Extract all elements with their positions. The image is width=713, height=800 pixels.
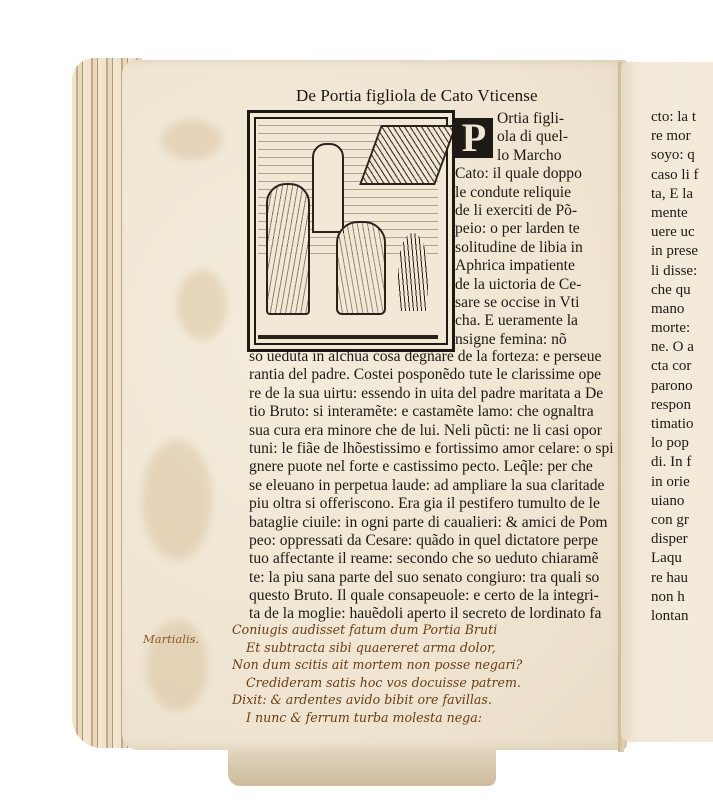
text-fragment: di. In f <box>651 451 698 470</box>
text-line: cha. E ueramente la <box>455 312 583 330</box>
seated-figure-portia <box>336 221 386 315</box>
text-line: nsigne femina: nõ <box>455 331 583 349</box>
text-fragment: uere uc <box>651 221 698 240</box>
book-bottom-edge <box>228 748 496 786</box>
text-fragment: soyo: q <box>651 144 698 163</box>
text-fragment: lo pop <box>651 432 698 451</box>
text-line: tio Bruto: si interamẽte: e castamẽte la… <box>249 403 614 421</box>
text-line: se eleuano in perpetua laude: ad ampliar… <box>249 477 614 495</box>
text-fragment: con gr <box>651 509 698 528</box>
text-fragment: mente <box>651 202 698 221</box>
text-fragment: li disse: <box>651 260 698 279</box>
full-text-column: so ueduta in alchũa cosa degñare de la f… <box>249 348 614 624</box>
text-fragment: re hau <box>651 567 698 586</box>
text-fragment: mano <box>651 298 698 317</box>
text-line: solitudine de libia in <box>455 239 583 257</box>
text-fragment: ta, E la <box>651 183 698 202</box>
brazier-fire <box>398 233 428 311</box>
manuscript-line: Coniugis audisset fatum dum Portia Bruti <box>232 621 522 639</box>
text-fragment: caso li f <box>651 164 698 183</box>
text-fragment: re mor <box>651 125 698 144</box>
manuscript-line: Et subtracta sibi quaereret arma dolor, <box>232 639 522 657</box>
text-line: peo: oppressati da Cesare: quãdo in quel… <box>249 532 614 550</box>
manuscript-line: Dixit: & ardentes avido bibit ore favill… <box>232 691 522 709</box>
text-fragment: non h <box>651 586 698 605</box>
text-fragment: Laqu <box>651 547 698 566</box>
text-line: ola di quel- <box>455 128 583 146</box>
manuscript-line: I nunc & ferrum turba molesta nega: <box>232 709 522 727</box>
text-fragment: in prese <box>651 240 698 259</box>
text-fragment: lontan <box>651 605 698 624</box>
text-line: bataglie ciuile: in ogni parte di cauali… <box>249 514 614 532</box>
text-fragment: morte: <box>651 317 698 336</box>
text-line: tuni: le fiãe de lhõestissimo e fortissi… <box>249 440 614 458</box>
text-line: sare se occise in Vti <box>455 294 583 312</box>
text-line: so ueduta in alchũa cosa degñare de la f… <box>249 348 614 366</box>
text-line: Ortia figli- <box>455 110 583 128</box>
text-line: de li exerciti de Põ- <box>455 202 583 220</box>
text-line: peio: o per larden te <box>455 220 583 238</box>
text-line: re de la sua uirtu: essendo in uita del … <box>249 385 614 403</box>
foxing-stain <box>162 120 222 160</box>
text-line: te: la piu sana parte del suo senato con… <box>249 569 614 587</box>
text-fragment: in orie <box>651 471 698 490</box>
text-line: gnere puote nel forte e castissimo pecto… <box>249 458 614 476</box>
text-fragment: cto: la t <box>651 106 698 125</box>
text-fragment: che qu <box>651 279 698 298</box>
text-fragment: disper <box>651 528 698 547</box>
standing-figure <box>266 183 310 315</box>
text-fragment: timatio <box>651 413 698 432</box>
text-fragment: uiano <box>651 490 698 509</box>
foxing-stain <box>142 440 212 560</box>
text-line: de la uictoria de Ce- <box>455 276 583 294</box>
text-fragment: parono <box>651 375 698 394</box>
narrow-text-column: Ortia figli- ola di quel- lo Marcho Cato… <box>455 110 583 349</box>
floor-line <box>258 335 438 339</box>
manuscript-line: Non dum scitis ait mortem non posse nega… <box>232 656 522 674</box>
text-line: lo Marcho <box>455 147 583 165</box>
manuscript-line: Credideram satis hoc vos docuisse patrem… <box>232 674 522 692</box>
manuscript-annotation: Coniugis audisset fatum dum Portia Bruti… <box>232 621 522 727</box>
text-fragment: ne. O a <box>651 336 698 355</box>
text-fragment: respon <box>651 394 698 413</box>
text-line: le condute reliquie <box>455 184 583 202</box>
right-page-text: cto: la t re mor soyo: q caso li f ta, E… <box>651 106 698 624</box>
text-line: sua cura era minore che de lui. Neli pũc… <box>249 422 614 440</box>
text-fragment: cta cor <box>651 355 698 374</box>
text-line: tuo affectante il reame: secondo che so … <box>249 550 614 568</box>
woodcut-illustration <box>247 110 455 352</box>
arched-window <box>312 143 344 233</box>
foxing-stain <box>177 270 227 340</box>
text-line: Cato: il quale doppo <box>455 165 583 183</box>
text-line: Aphrica impatiente <box>455 257 583 275</box>
text-line: rantia del padre. Costei posponẽdo tute … <box>249 366 614 384</box>
manuscript-margin-note: Martialis. <box>143 632 199 646</box>
running-head: De Portia figliola de Cato Vticense <box>296 86 538 106</box>
text-line: questo Bruto. Il quale consapeuole: e ce… <box>249 587 614 605</box>
text-line: piu oltra si offeriscono. Era gia il pes… <box>249 495 614 513</box>
